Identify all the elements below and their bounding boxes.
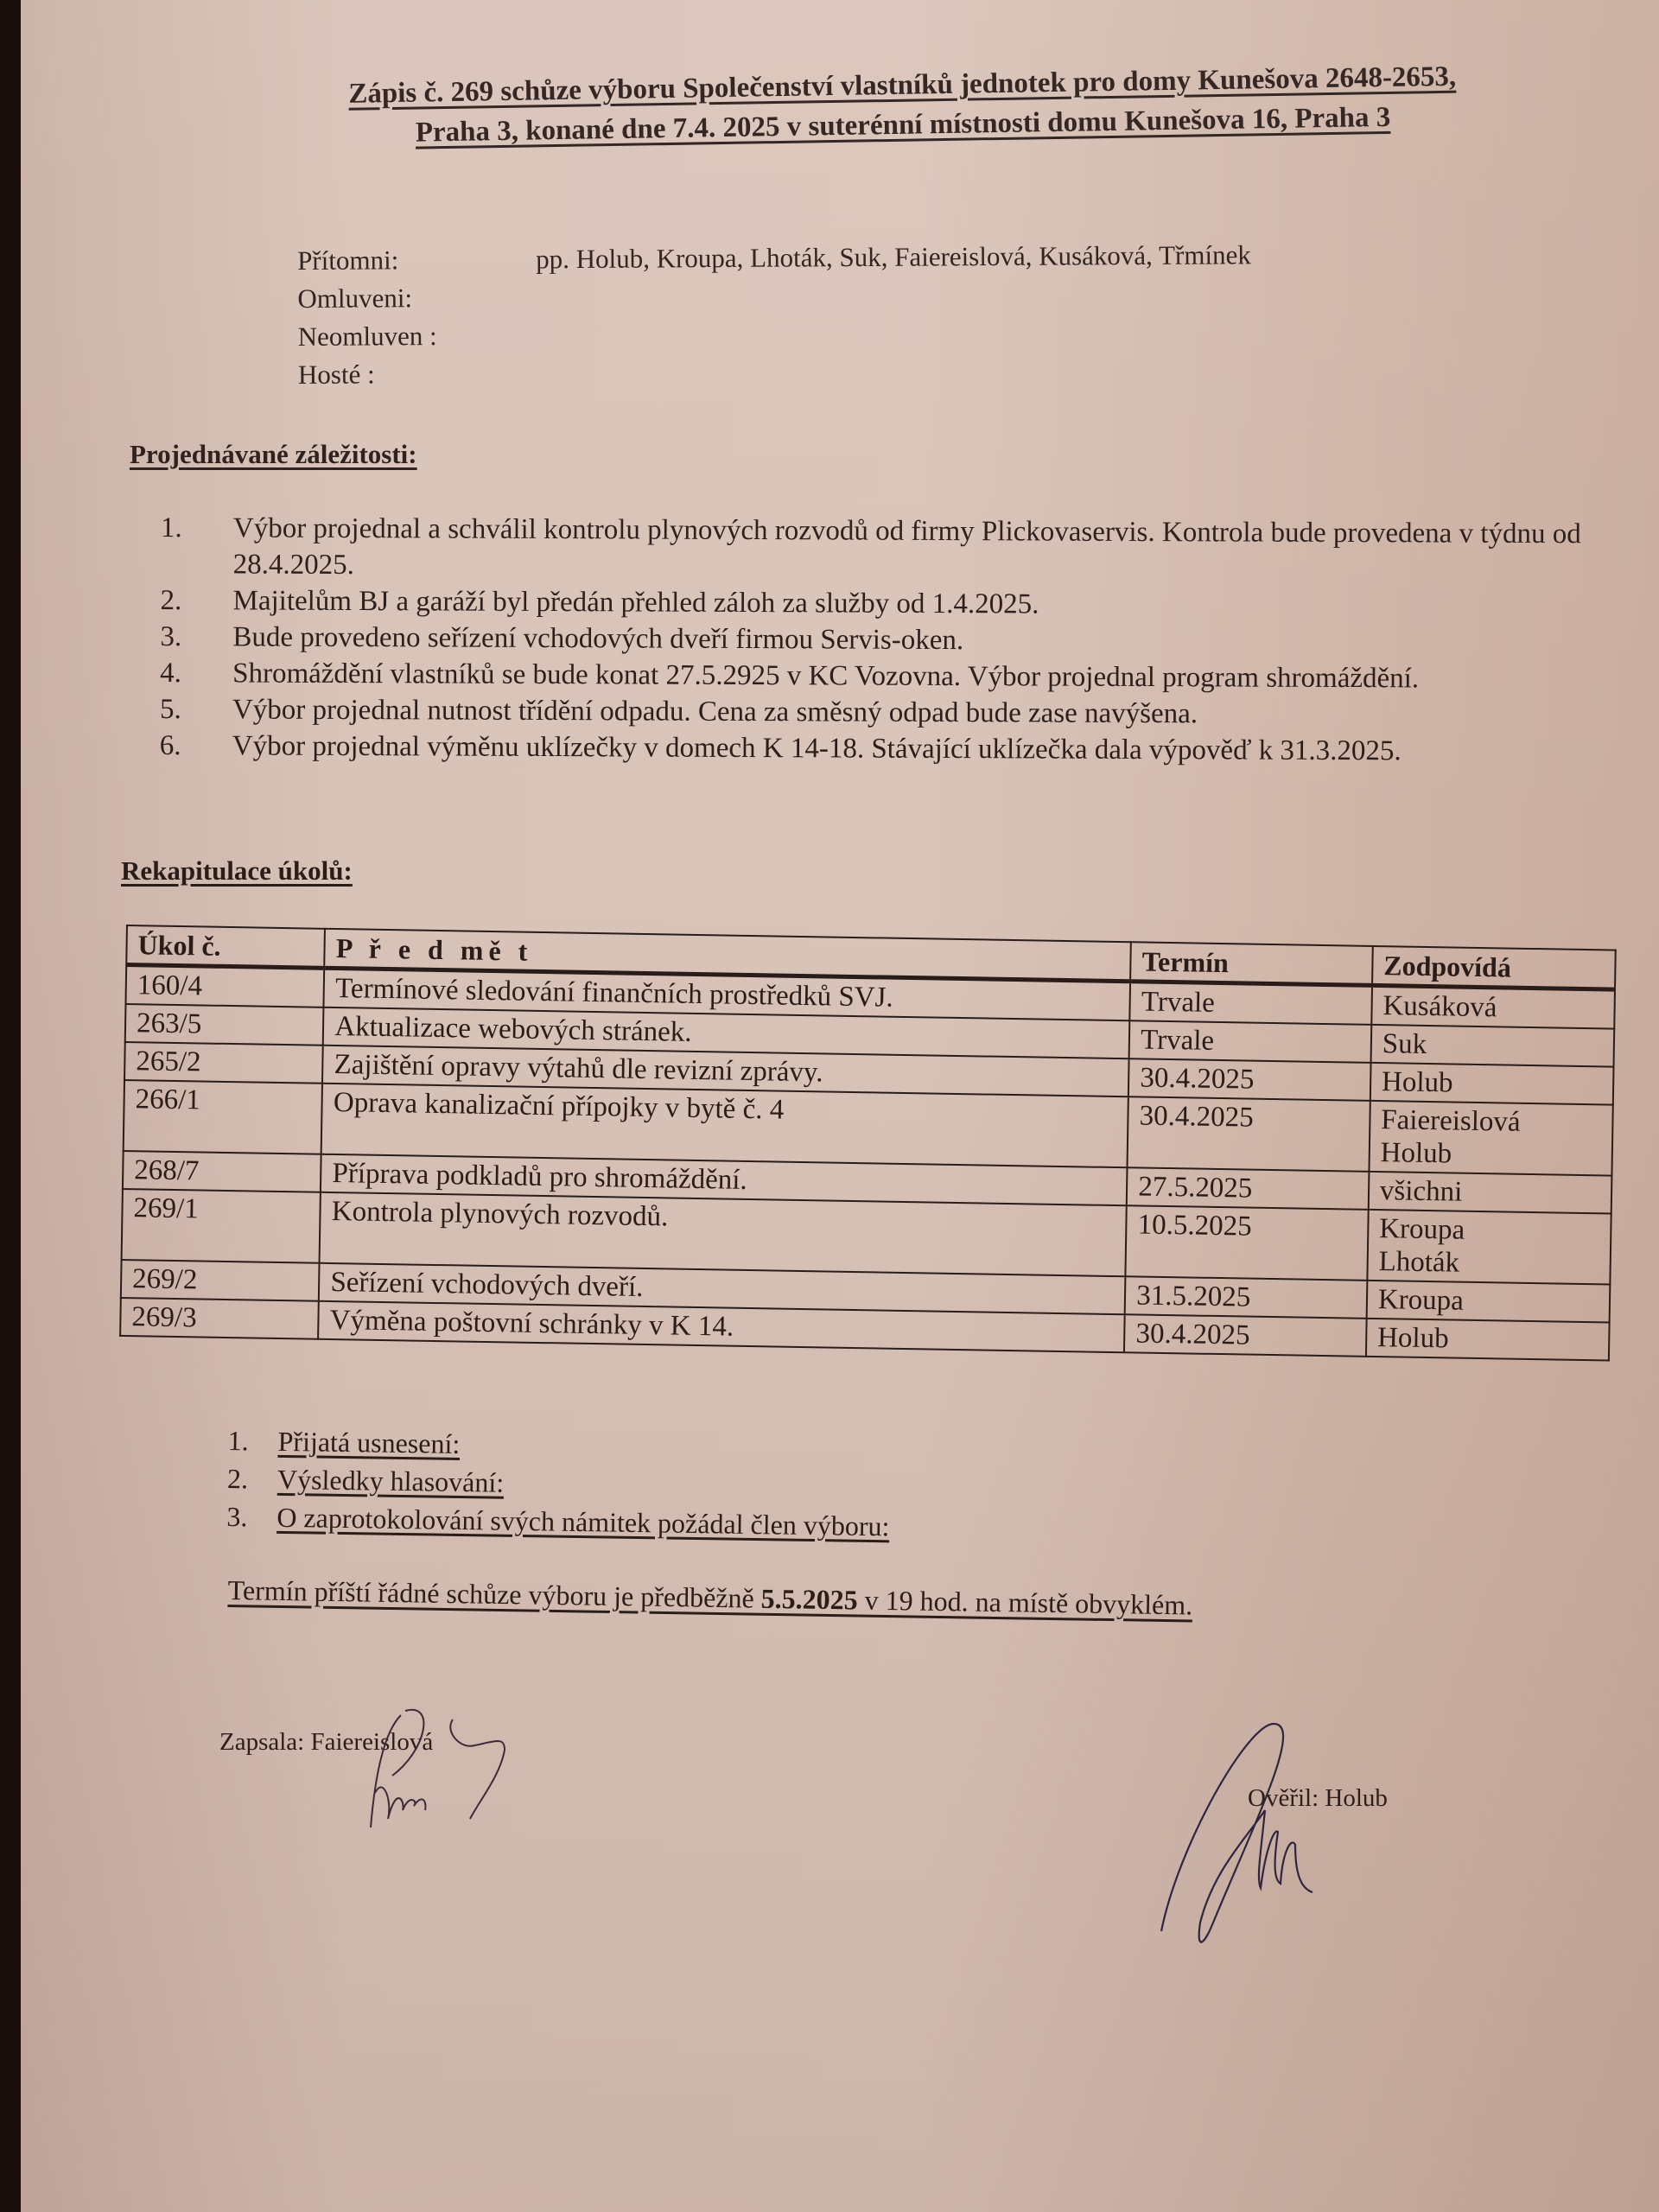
- cell-task-id: 263/5: [125, 1004, 324, 1046]
- item-number: 6.: [149, 728, 232, 764]
- cell-task-id: 269/2: [121, 1260, 320, 1301]
- list-item: 6.Výbor projednal výměnu uklízečky v dom…: [149, 728, 1636, 771]
- discussed-list: 1.Výbor projednal a schválil kontrolu pl…: [149, 510, 1637, 771]
- item-number: 4.: [149, 655, 232, 691]
- col-header-deadline: Termín: [1130, 942, 1372, 985]
- item-number: 1.: [227, 1421, 278, 1460]
- attendance-value: pp. Holub, Kroupa, Lhoták, Suk, Faiereis…: [536, 236, 1251, 278]
- cell-deadline: 30.4.2025: [1124, 1314, 1366, 1357]
- col-header-responsible: Zodpovídá: [1372, 946, 1616, 989]
- attendance-guests: Hosté :: [298, 350, 1252, 394]
- cell-deadline: 30.4.2025: [1128, 1058, 1370, 1101]
- cell-task-id: 265/2: [124, 1042, 323, 1084]
- attendance-excused: Omluveni:: [297, 274, 1251, 318]
- next-meeting: Termín příští řádné schůze výboru je pře…: [227, 1574, 1192, 1622]
- item-text: Výbor projednal nutnost třídění odpadu. …: [232, 691, 1636, 734]
- cell-task-id: 266/1: [124, 1080, 323, 1154]
- cell-responsible: Kroupa Lhoták: [1367, 1210, 1611, 1285]
- cell-deadline: 10.5.2025: [1126, 1205, 1369, 1281]
- item-text: Majitelům BJ a garáží byl předán přehled…: [232, 582, 1636, 625]
- cell-deadline: 27.5.2025: [1127, 1167, 1369, 1210]
- next-meeting-prefix: Termín příští řádné schůze výboru je pře…: [227, 1574, 761, 1614]
- item-text: Výbor projednal a schválil kontrolu plyn…: [233, 510, 1637, 588]
- verified-by: Ověřil: Holub: [1248, 1784, 1388, 1813]
- next-meeting-suffix: v 19 hod. na místě obvyklém.: [857, 1584, 1192, 1620]
- signature-recorder-icon: [323, 1698, 582, 1845]
- attendance-label: Neomluven :: [298, 316, 537, 356]
- document-title: Zápis č. 269 schůze výboru Společenství …: [228, 54, 1577, 155]
- attendance-label: Omluveni:: [297, 278, 536, 318]
- next-meeting-date: 5.5.2025: [760, 1583, 858, 1616]
- list-item: 1.Výbor projednal a schválil kontrolu pl…: [150, 510, 1637, 589]
- cell-responsible: Holub: [1370, 1063, 1614, 1105]
- attendance-label: Přítomni:: [297, 240, 536, 280]
- cell-deadline: Trvale: [1130, 982, 1372, 1025]
- cell-subject: Kontrola plynových rozvodů.: [320, 1192, 1127, 1276]
- cell-task-id: 268/7: [123, 1151, 321, 1192]
- item-number: 2.: [149, 582, 232, 619]
- list-item: 3.Bude provedeno seřízení vchodových dve…: [149, 619, 1636, 662]
- list-item: 4.Shromáždění vlastníků se bude konat 27…: [149, 655, 1497, 697]
- item-text: Shromáždění vlastníků se bude konat 27.5…: [232, 655, 1497, 696]
- item-number: 1.: [150, 510, 233, 582]
- cell-deadline: Trvale: [1129, 1020, 1371, 1063]
- item-text: Bude provedeno seřízení vchodových dveří…: [232, 619, 1636, 661]
- cell-task-id: 269/3: [120, 1298, 319, 1339]
- cell-responsible: všichni: [1369, 1172, 1612, 1214]
- results-list: 1.Přijatá usnesení: 2.Výsledky hlasování…: [226, 1421, 891, 1545]
- attendance-block: Přítomni: pp. Holub, Kroupa, Lhoták, Suk…: [297, 236, 1252, 394]
- cell-responsible: Kusáková: [1371, 985, 1615, 1028]
- signature-verifier-icon: [1144, 1715, 1421, 1957]
- list-item: 5.Výbor projednal nutnost třídění odpadu…: [149, 691, 1636, 734]
- cell-responsible: Suk: [1370, 1025, 1614, 1067]
- item-number: 3.: [149, 619, 232, 655]
- item-number: 3.: [226, 1497, 277, 1536]
- cell-deadline: 31.5.2025: [1125, 1276, 1367, 1319]
- col-header-id: Úkol č.: [126, 925, 325, 968]
- cell-task-id: 269/1: [122, 1189, 321, 1263]
- cell-deadline: 30.4.2025: [1128, 1096, 1370, 1172]
- tasks-table-body: 160/4Termínové sledování finančních pros…: [120, 965, 1615, 1361]
- item-text: Přijatá usnesení:: [277, 1422, 460, 1463]
- tasks-table: Úkol č. P ř e d mě t Termín Zodpovídá 16…: [119, 925, 1617, 1362]
- item-text: O zaprotokolování svých námitek požádal …: [276, 1498, 890, 1546]
- tasks-heading: Rekapitulace úkolů:: [121, 855, 353, 887]
- cell-subject: Oprava kanalizační přípojky v bytě č. 4: [321, 1084, 1128, 1167]
- cell-task-id: 160/4: [125, 965, 324, 1007]
- attendance-present: Přítomni: pp. Holub, Kroupa, Lhoták, Suk…: [297, 236, 1251, 280]
- attendance-label: Hosté :: [298, 354, 537, 394]
- recorded-by: Zapsala: Faiereislová: [219, 1728, 433, 1757]
- item-number: 5.: [149, 691, 232, 728]
- document-page: Zápis č. 269 schůze výboru Společenství …: [21, 0, 1659, 2212]
- attendance-unexcused: Neomluven :: [298, 312, 1252, 356]
- discussed-heading: Projednávané záležitosti:: [130, 439, 417, 470]
- cell-responsible: Faiereislová Holub: [1369, 1101, 1612, 1176]
- cell-responsible: Kroupa: [1367, 1281, 1611, 1323]
- item-text: Výbor projednal výměnu uklízečky v domec…: [232, 728, 1636, 770]
- item-text: Výsledky hlasování:: [277, 1460, 505, 1502]
- cell-responsible: Holub: [1366, 1319, 1610, 1361]
- list-item: 2.Majitelům BJ a garáží byl předán přehl…: [149, 582, 1636, 626]
- item-number: 2.: [227, 1459, 278, 1498]
